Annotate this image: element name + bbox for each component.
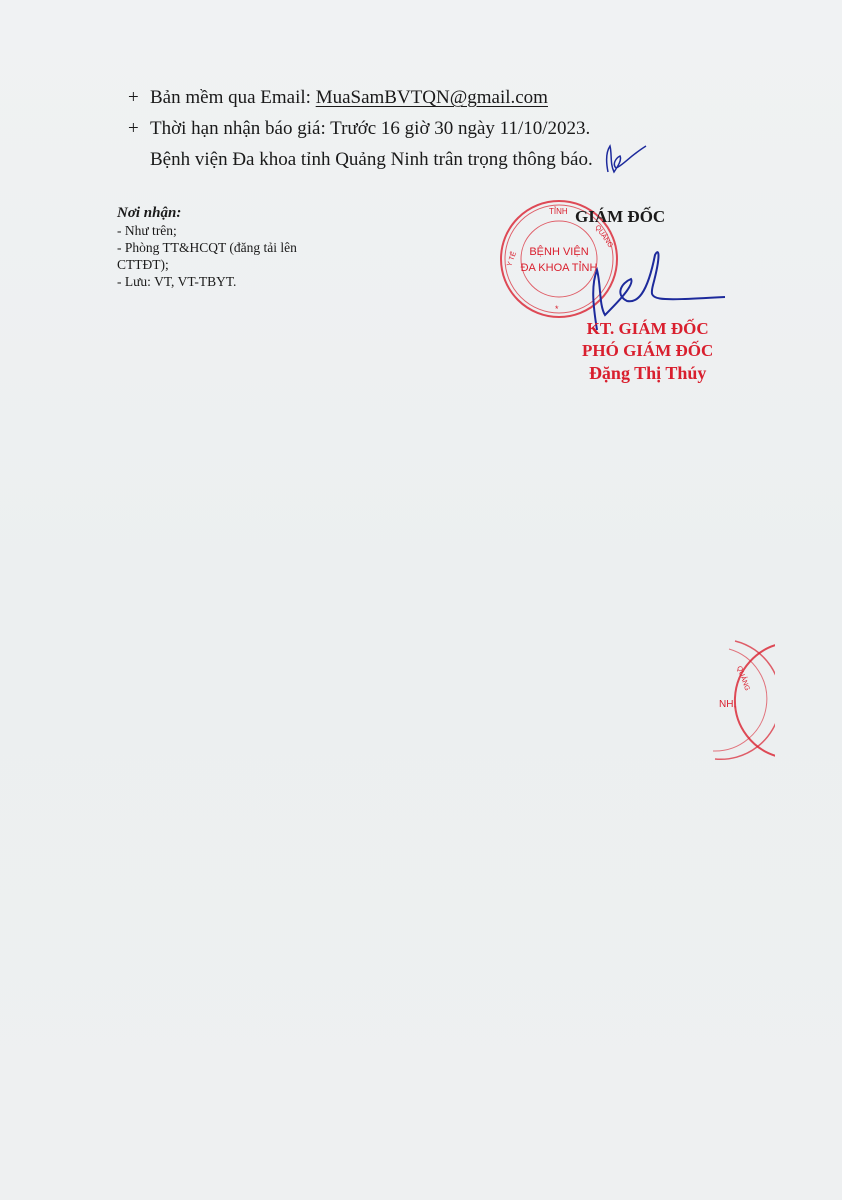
bullet-label: Thời hạn nhận báo giá: Trước 16 giờ 30 n… — [150, 118, 590, 139]
bullet-email: +Bản mềm qua Email: MuaSamBVTQN@gmail.co… — [128, 86, 548, 110]
signer-name: Đặng Thị Thúy — [582, 362, 713, 384]
svg-text:QUẢNG: QUẢNG — [735, 665, 752, 692]
svg-text:NH,: NH, — [719, 699, 736, 710]
recipients-block: Nơi nhận: - Như trên; - Phòng TT&HCQT (đ… — [117, 205, 297, 290]
bullet-deadline: +Thời hạn nhận báo giá: Trước 16 giờ 30 … — [128, 117, 590, 141]
svg-text:*: * — [555, 304, 559, 314]
recipients-title: Nơi nhận: — [117, 205, 297, 222]
signature-heading: GIÁM ĐỐC — [575, 207, 665, 227]
bullet-label: Bản mềm qua Email: — [150, 87, 316, 108]
email-link[interactable]: MuaSamBVTQN@gmail.com — [316, 87, 548, 108]
initial-mark-icon — [600, 142, 650, 178]
recipient-item: - Lưu: VT, VT-TBYT. — [117, 273, 297, 290]
svg-text:TỈNH: TỈNH — [549, 207, 568, 216]
closing-line: Bệnh viện Đa khoa tỉnh Quảng Ninh trân t… — [150, 148, 593, 172]
recipient-item: - Như trên; — [117, 222, 297, 239]
recipient-item: CTTĐT); — [117, 256, 297, 273]
recipient-item: - Phòng TT&HCQT (đăng tải lên — [117, 239, 297, 256]
bullet-marker: + — [128, 86, 150, 110]
signature-position: PHÓ GIÁM ĐỐC — [582, 340, 713, 362]
signature-on-behalf: KT. GIÁM ĐỐC — [582, 318, 713, 340]
partial-stamp-icon: NH, QUẢNG — [695, 635, 775, 765]
document-page: +Bản mềm qua Email: MuaSamBVTQN@gmail.co… — [0, 0, 842, 1200]
bullet-marker: + — [128, 117, 150, 141]
signature-block: KT. GIÁM ĐỐC PHÓ GIÁM ĐỐC Đặng Thị Thúy — [582, 318, 713, 384]
